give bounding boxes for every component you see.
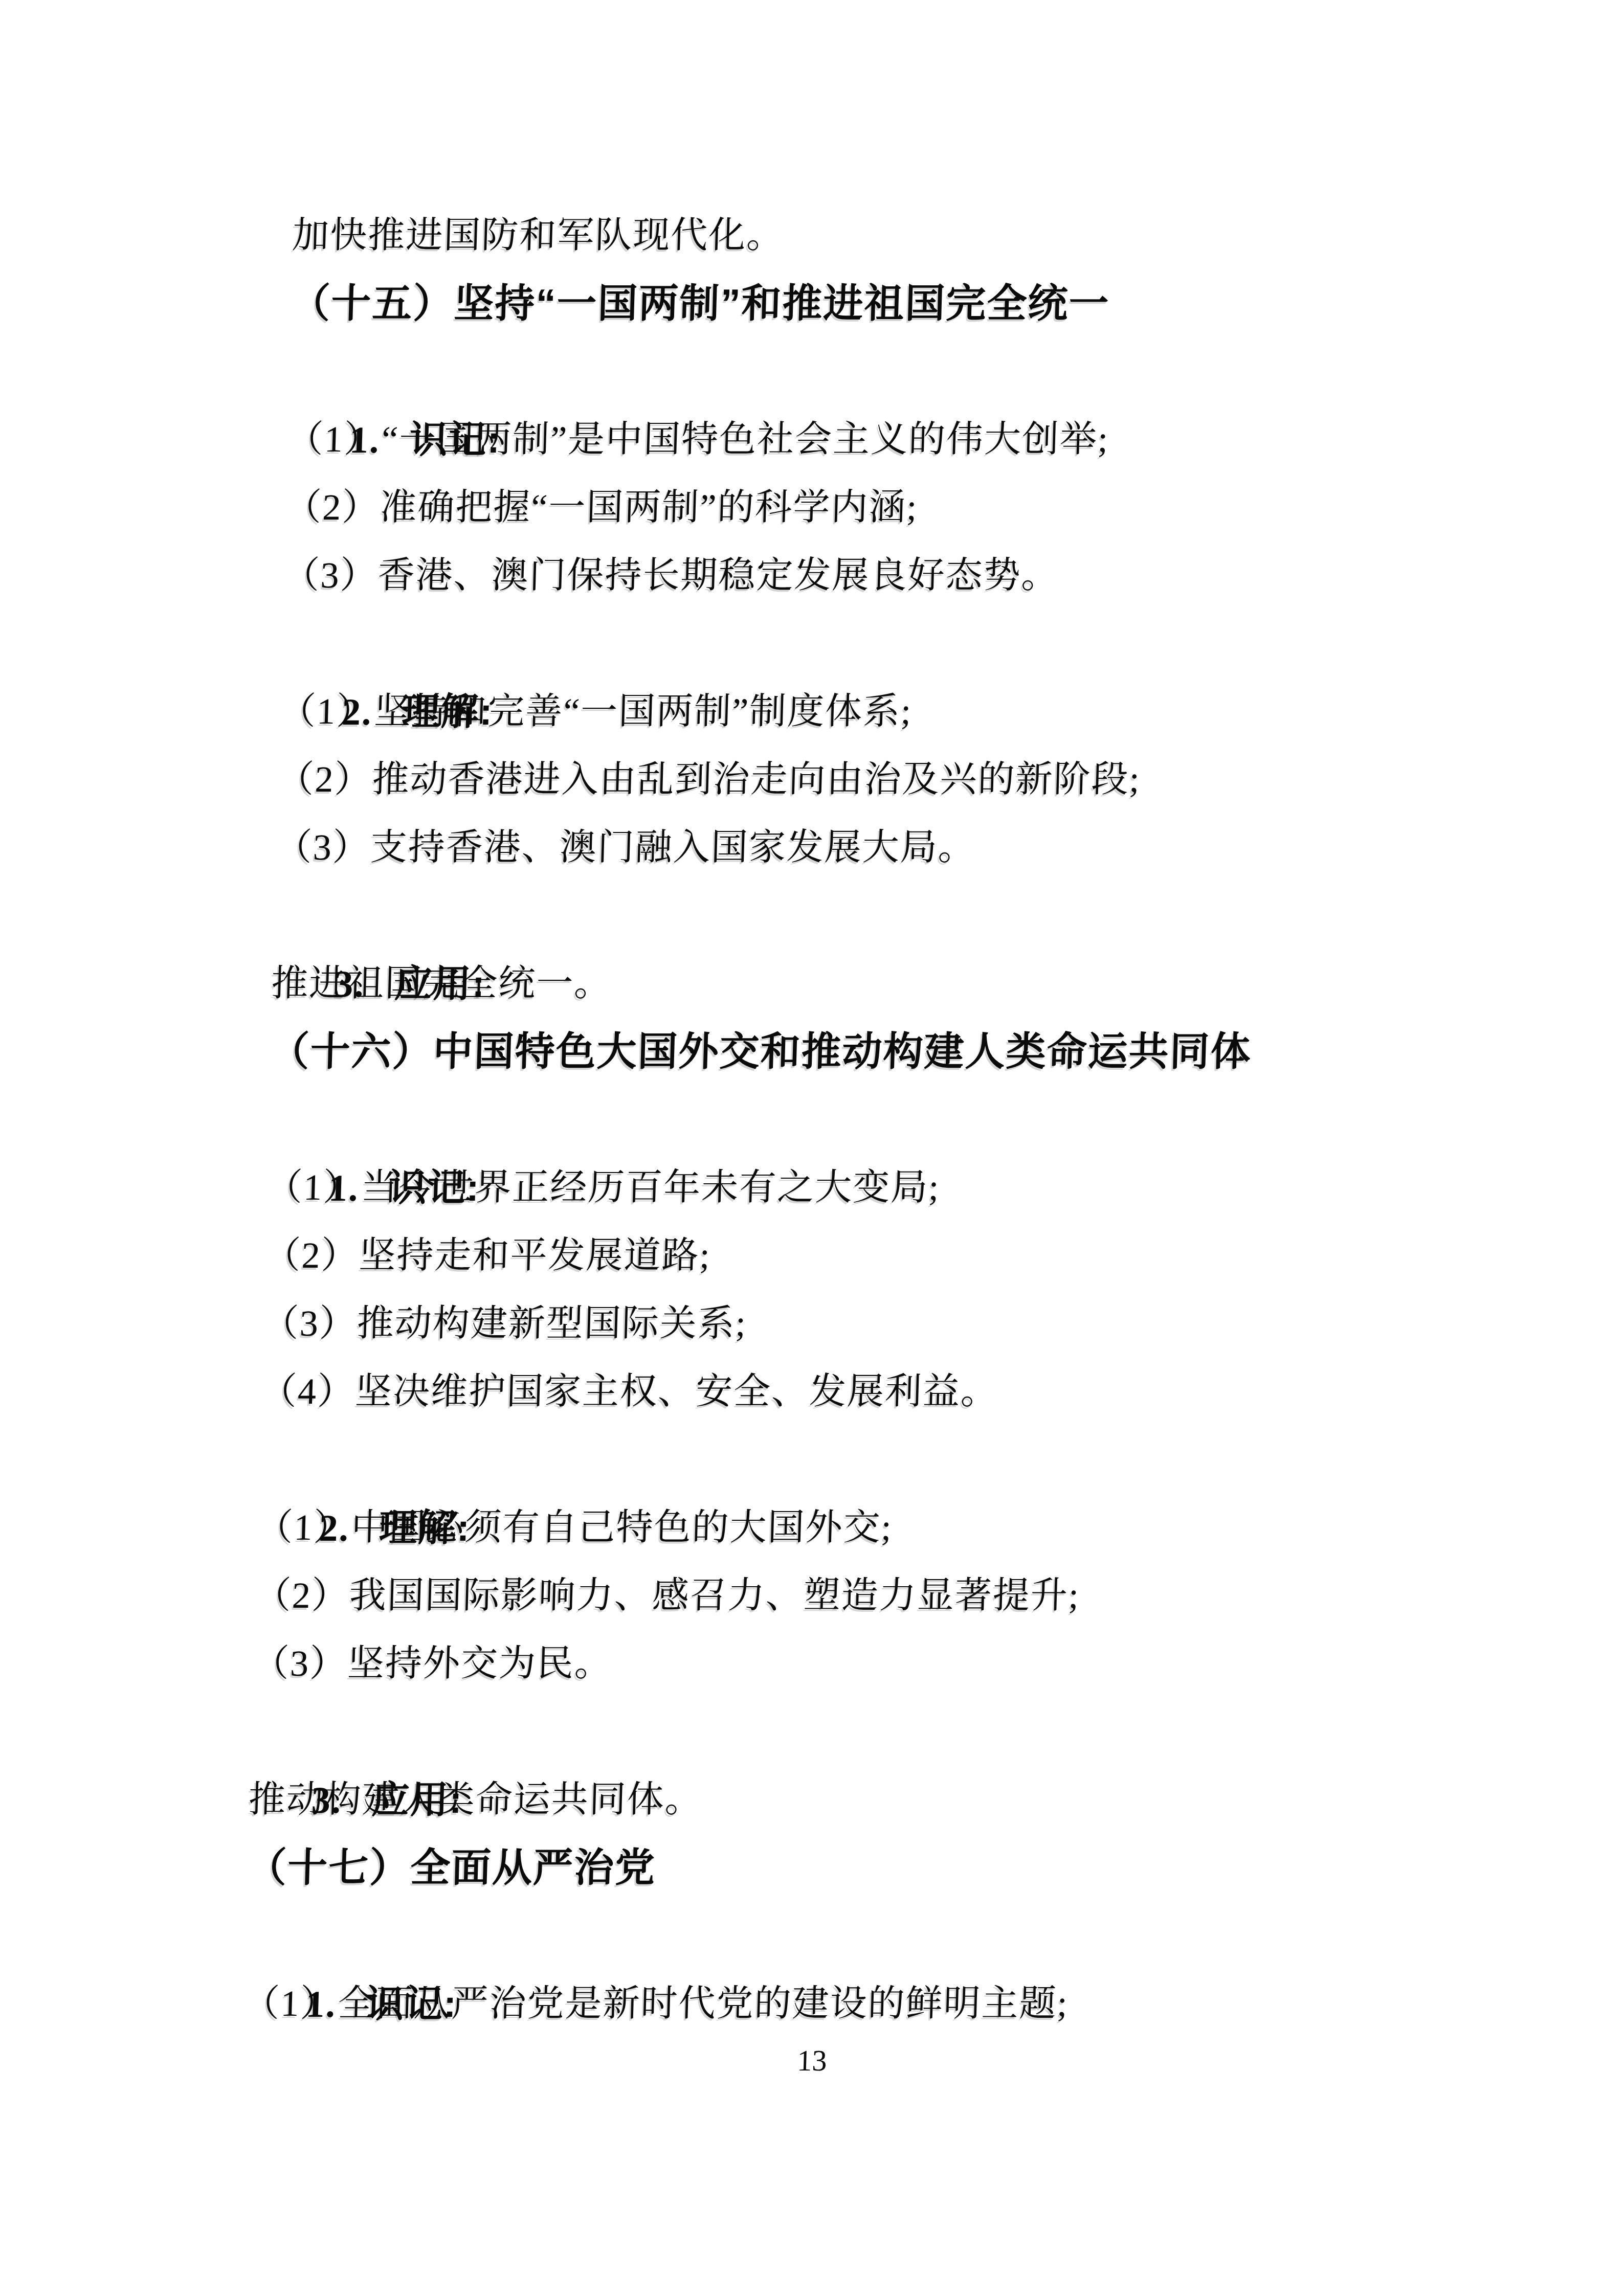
body-line: （2）坚持走和平发展道路;	[263, 1222, 1416, 1290]
list-label: 2.理解:	[257, 1426, 1410, 1494]
body-line: 加快推进国防和军队现代化。	[291, 201, 1444, 269]
body-line: （2）准确把握“一国两制”的科学内涵;	[284, 474, 1437, 542]
body-line: （2）我国国际影响力、感召力、塑造力显著提升;	[253, 1562, 1406, 1630]
body-line: （1）坚持和完善“一国两制”制度体系;	[278, 678, 1431, 746]
body-line: 推动构建人类命运共同体。	[248, 1766, 1400, 1834]
body-line: 推进祖国完全统一。	[271, 950, 1423, 1018]
list-label: 2.理解:	[280, 610, 1433, 678]
list-label: 3.应用:	[250, 1698, 1403, 1766]
section-heading-15: （十五）坚持“一国两制”和推进祖国完全统一	[290, 269, 1442, 337]
list-label: 1.识记:	[266, 1086, 1419, 1154]
body-line: （1）中国必须有自己特色的大国外交;	[255, 1494, 1408, 1562]
body-line: （4）坚决维护国家主权、安全、发展利益。	[259, 1358, 1412, 1426]
list-label: 1.识记:	[287, 337, 1440, 406]
body-line: （1）“一国两制”是中国特色社会主义的伟大创举;	[285, 406, 1438, 474]
body-line: （3）坚持外交为民。	[251, 1630, 1404, 1698]
page-number: 13	[0, 2043, 1624, 2078]
document-page: 加快推进国防和军队现代化。 （十五）坚持“一国两制”和推进祖国完全统一 1.识记…	[0, 0, 1624, 2296]
list-label: 3.应用:	[272, 882, 1425, 950]
body-line: （1）当今世界正经历百年未有之大变局;	[264, 1154, 1417, 1222]
body-line: （3）香港、澳门保持长期稳定发展良好态势。	[282, 542, 1435, 610]
body-line: （1）全面从严治党是新时代党的建设的鲜明主题;	[242, 1970, 1395, 2038]
section-heading-17: （十七）全面从严治党	[246, 1834, 1398, 1902]
body-line: （3）支持香港、澳门融入国家发展大局。	[274, 814, 1427, 882]
document-body: 加快推进国防和军队现代化。 （十五）坚持“一国两制”和推进祖国完全统一 1.识记…	[242, 201, 1444, 2038]
body-line: （3）推动构建新型国际关系;	[261, 1290, 1414, 1358]
list-label: 1.识记:	[244, 1902, 1397, 1970]
body-line: （2）推动香港进入由乱到治走向由治及兴的新阶段;	[276, 746, 1429, 814]
section-heading-16: （十六）中国特色大国外交和推动构建人类命运共同体	[269, 1018, 1421, 1086]
